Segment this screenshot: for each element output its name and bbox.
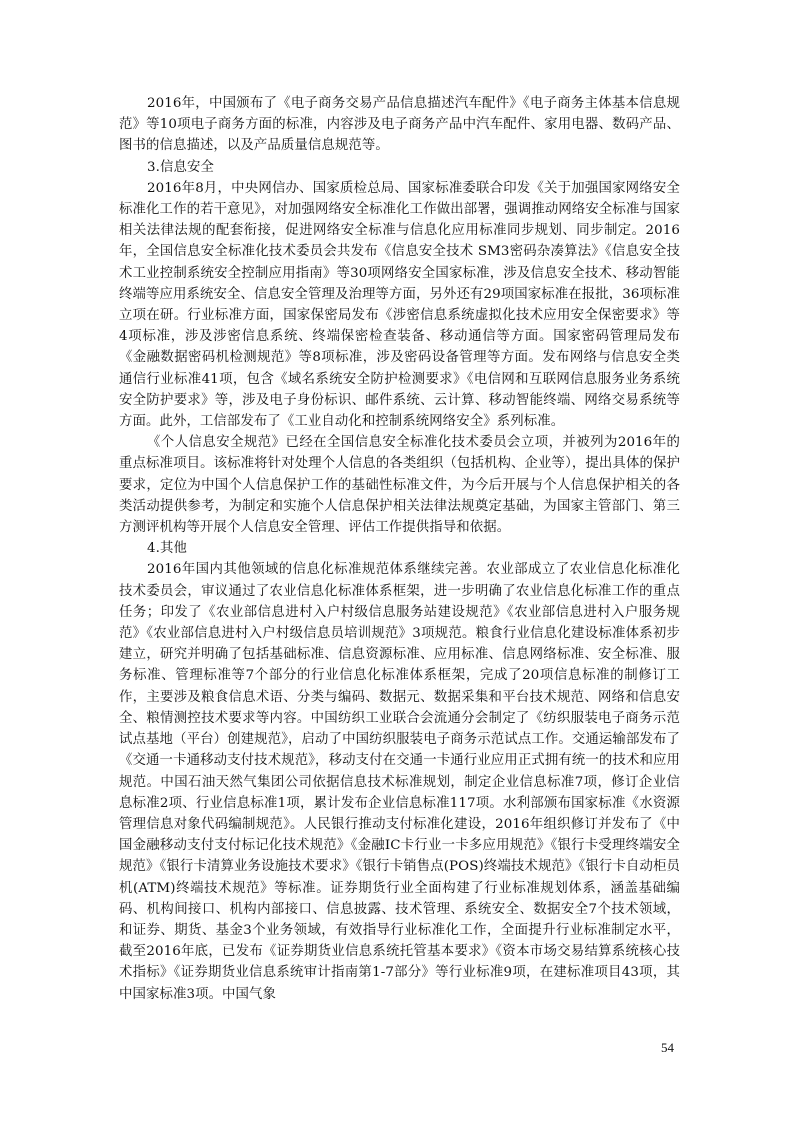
paragraph-ecommerce: 2016年，中国颁布了《电子商务交易产品信息描述汽车配件》《电子商务主体基本信息… [119, 93, 680, 157]
section-heading-info-security: 3.信息安全 [119, 157, 680, 178]
section-heading-other: 4.其他 [119, 538, 680, 559]
paragraph-info-security: 2016年8月，中央网信办、国家质检总局、国家标准委联合印发《关于加强国家网络安… [119, 178, 680, 432]
document-body: 2016年，中国颁布了《电子商务交易产品信息描述汽车配件》《电子商务主体基本信息… [119, 93, 680, 1005]
paragraph-other: 2016年国内其他领域的信息化标准规范体系继续完善。农业部成立了农业信息化标准化… [119, 559, 680, 1004]
page-number: 54 [661, 1040, 674, 1056]
paragraph-personal-info: 《个人信息安全规范》已经在全国信息安全标准化技术委员会立项，并被列为2016年的… [119, 432, 680, 538]
